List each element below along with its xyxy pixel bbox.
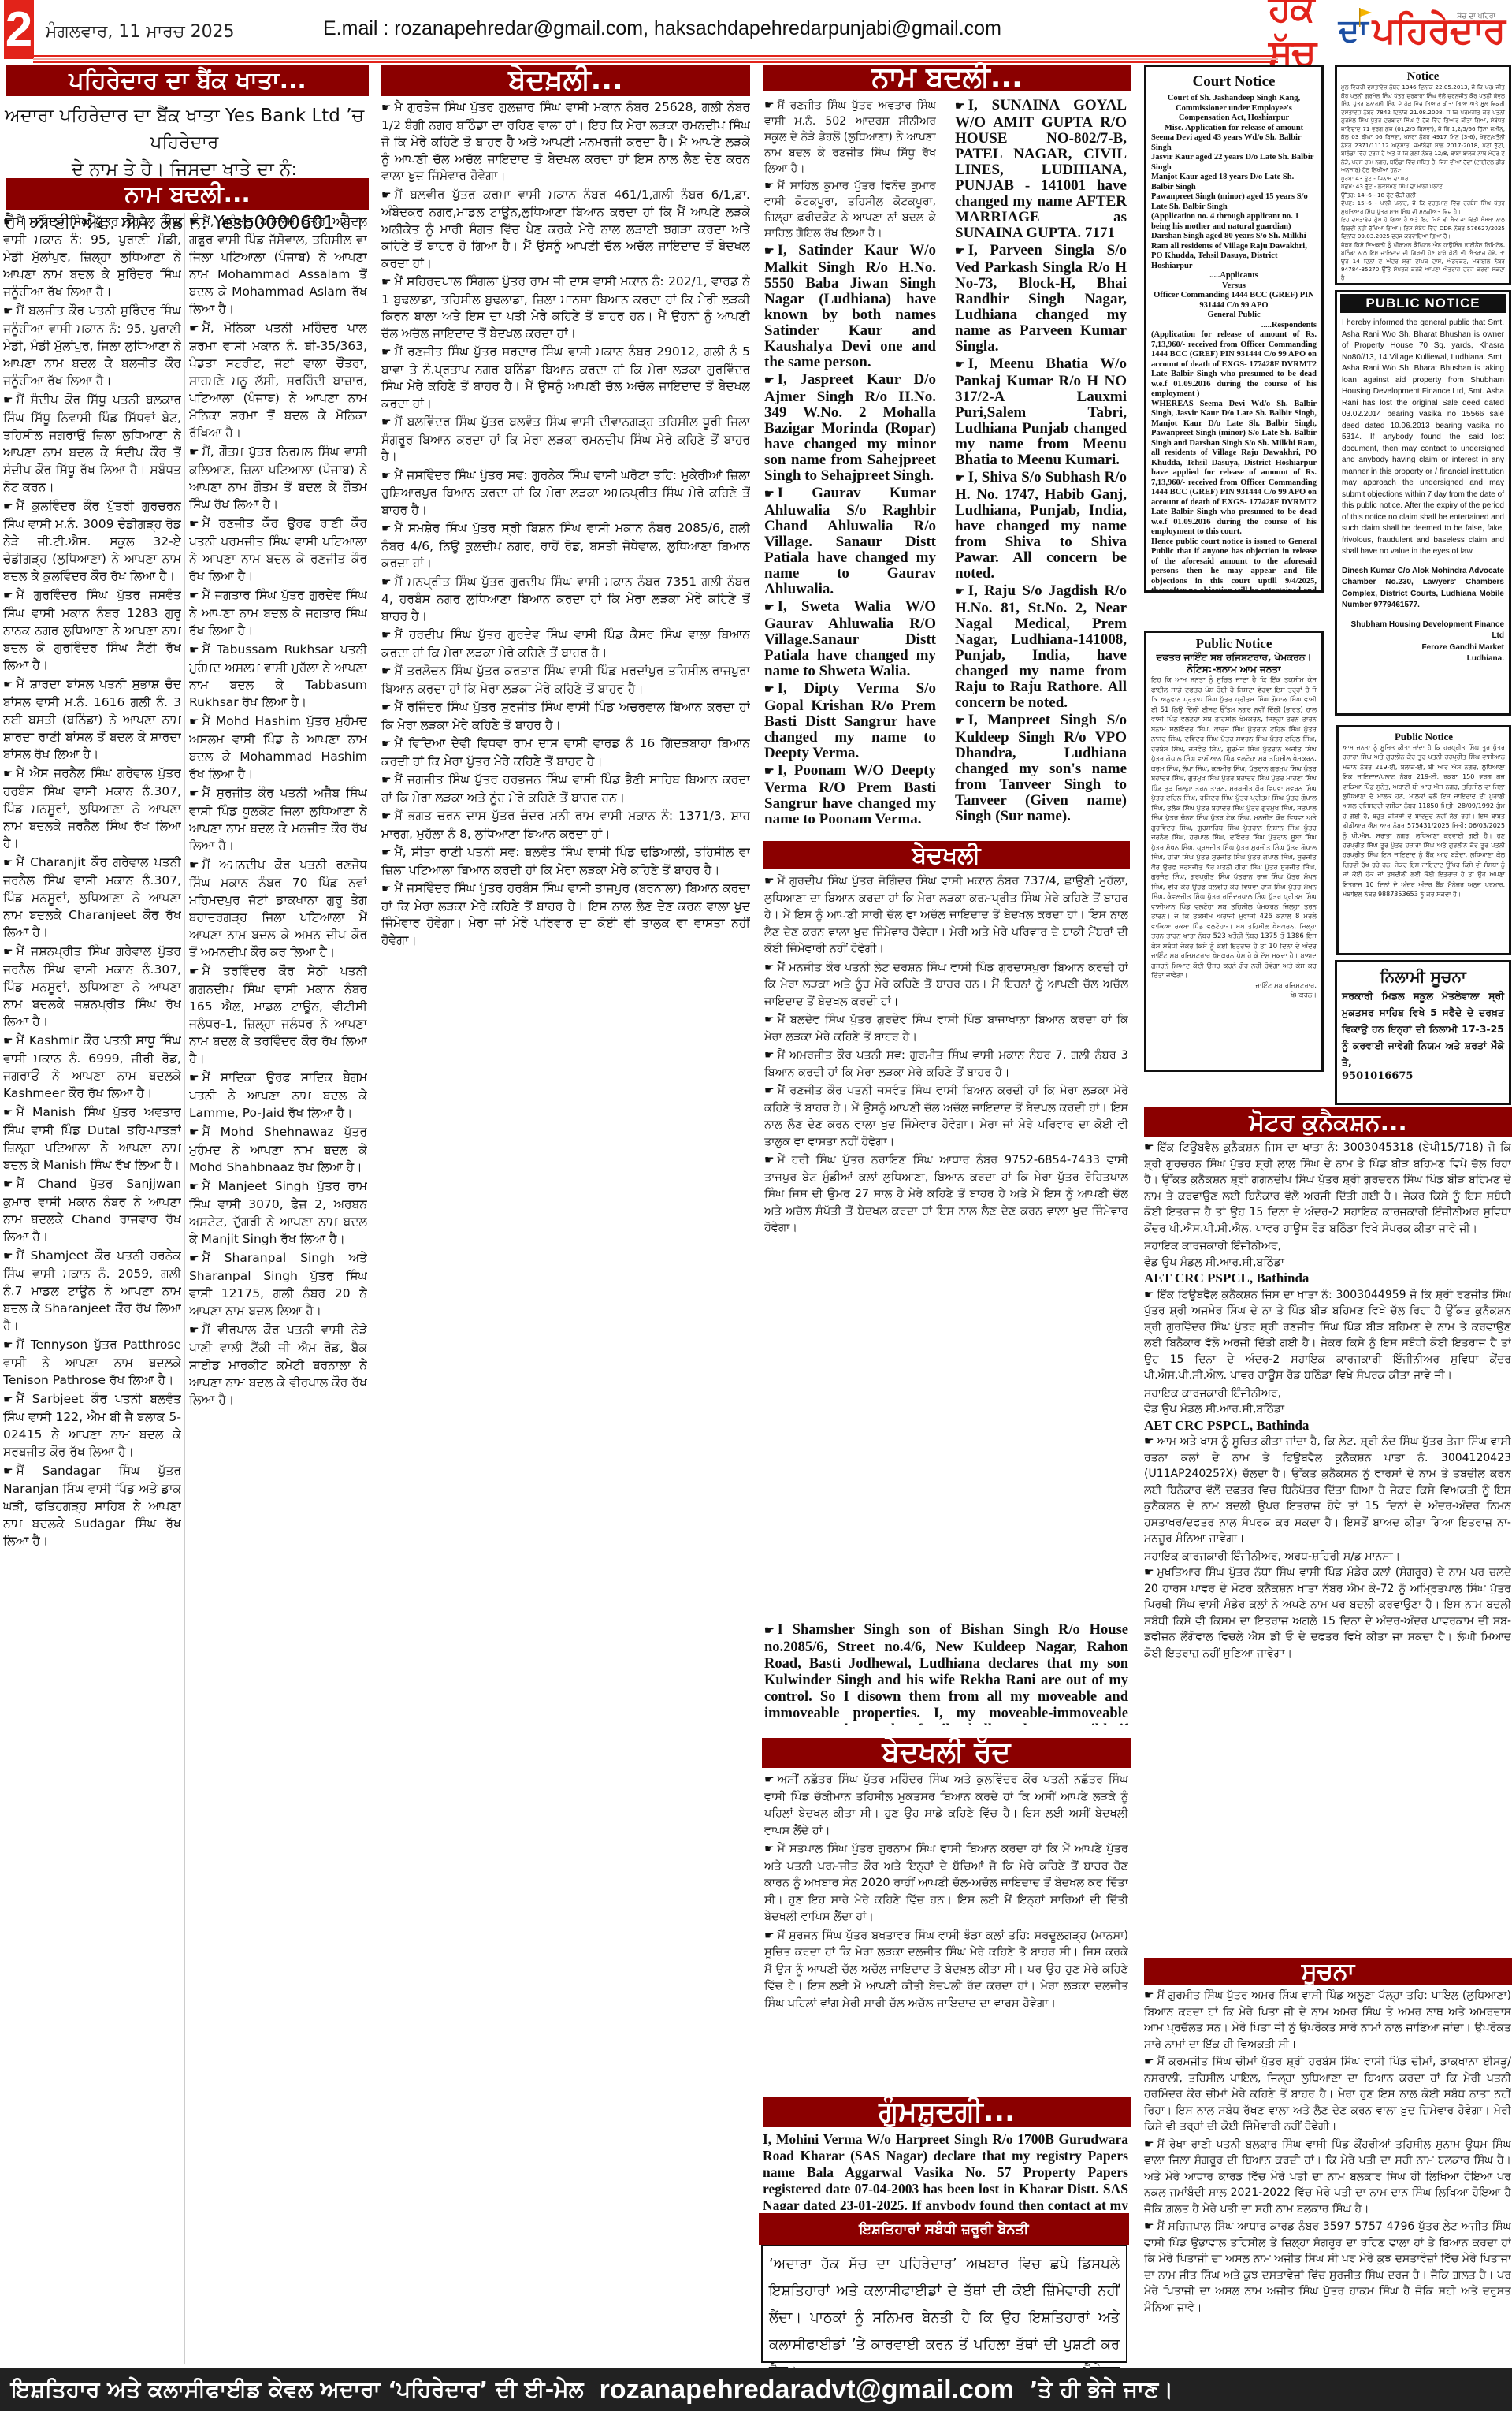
list-item: ☛ਮੈਂ ਅਮਰਜੀਤ ਕੌਰ ਪਤਨੀ ਸਵ: ਗੁਰਮੀਤ ਸਿੰਘ ਵਾਸ…	[764, 1047, 1128, 1081]
pointing-hand-icon: ☛	[3, 216, 13, 229]
pointing-hand-icon: ☛	[764, 489, 775, 500]
pointing-hand-icon: ☛	[381, 523, 392, 535]
pointing-hand-icon: ☛	[381, 102, 392, 114]
list-item: ☛I, Dipty Verma S/o Gopal Krishan R/o Pr…	[764, 681, 936, 761]
footer-tail: ’ਤੇ ਹੀ ਭੇਜੇ ਜਾਣ।	[1030, 2376, 1173, 2403]
pointing-hand-icon: ☛	[955, 586, 965, 598]
list-item: ☛ਮੈਂ ਮਨਜੀਤ ਕੌਰ ਪਤਨੀ ਲੇਟ ਦਰਸ਼ਨ ਸਿੰਘ ਵਾਸੀ …	[764, 960, 1128, 1011]
name-change-right-col-2: ☛I, SUNAINA GOYAL W/O AMIT GUPTA R/O HOU…	[955, 98, 1127, 823]
pointing-hand-icon: ☛	[189, 518, 199, 530]
pointing-hand-icon: ☛	[3, 1035, 13, 1047]
list-item: ☛ਮੈਂ Tennyson ਪੁੱਤਰ Patthrose ਵਾਸੀ ਨੇ ਆਪ…	[3, 1336, 181, 1389]
pointing-hand-icon: ☛	[381, 665, 392, 678]
court-notice-title: Court Notice	[1151, 73, 1317, 91]
pointing-hand-icon: ☛	[189, 1181, 199, 1193]
list-item: ☛ਆਮ ਅਤੇ ਖਾਸ ਨੂੰ ਸੂਚਿਤ ਕੀਤਾ ਜਾਂਦਾ ਹੈ, ਕਿ …	[1144, 1434, 1511, 1547]
disclaimer-text: ‘ਅਦਾਰਾ ਹੱਕ ਸੱਚ ਦਾ ਪਹਿਰੇਦਾਰ’ ਅਖ਼ਬਾਰ ਵਿਚ ਛ…	[769, 2256, 1120, 2379]
bank-account-heading: ਪਹਿਰੇਦਾਰ ਦਾ ਬੈਂਕ ਖਾਤਾ...	[6, 65, 369, 96]
pointing-hand-icon: ☛	[764, 1154, 775, 1166]
list-item: ☛ਮੈਂ ਬਲਵਿੰਦਰ ਸਿੰਘ ਪੁੱਤਰ ਬਲਵੰਤ ਸਿੰਘ ਵਾਸੀ …	[381, 414, 750, 466]
pointing-hand-icon: ☛	[955, 101, 965, 113]
list-item: ☛ਮੈਂ ਜਸ਼ਨਪ੍ਰੀਤ ਸਿੰਘ ਗਰੇਵਾਲ ਪੁੱਤਰ ਜਰਨੈਲ ਸ…	[3, 943, 181, 1030]
pointing-hand-icon: ☛	[381, 629, 392, 642]
pointing-hand-icon: ☛	[189, 590, 199, 602]
list-item: ☛ਮੈਂ Tabussam Rukhsar ਪਤਨੀ ਮੁਹੰਮਦ ਅਸਲਮ ਵ…	[189, 641, 367, 711]
pointing-hand-icon: ☛	[764, 1929, 775, 1942]
pointing-hand-icon: ☛	[189, 716, 199, 728]
list-item: ☛ਮੈਂ ਮਨਪ੍ਰੀਤ ਸਿੰਘ ਪੁੱਤਰ ਗੁਰਦੀਪ ਸਿੰਘ ਵਾਸੀ…	[381, 574, 750, 626]
list-item: ☛ਮੈਂ ਰੇਖਾ ਰਾਣੀ ਪਤਨੀ ਬਲਕਾਰ ਸਿੰਘ ਵਾਸੀ ਪਿੰਡ…	[1144, 2137, 1511, 2218]
issue-date: ਮੰਗਲਵਾਰ, 11 ਮਾਰਚ 2025	[46, 22, 235, 42]
pointing-hand-icon: ☛	[189, 446, 199, 459]
list-item: ☛ਮੈਂ ਰਜਿੰਦਰ ਸਿੰਘ ਪੁੱਤਰ ਸੁਰਜੀਤ ਸਿੰਘ ਵਾਸੀ …	[381, 699, 750, 734]
pointing-hand-icon: ☛	[764, 684, 775, 696]
pointing-hand-icon: ☛	[3, 500, 13, 513]
pointing-hand-icon: ☛	[189, 216, 199, 229]
pointing-hand-icon: ☛	[189, 1252, 199, 1265]
suchna-list: ☛ਮੈਂ ਗੁਰਮੀਤ ਸਿੰਘ ਪੁੱਤਰ ਅਮਰ ਸਿੰਘ ਵਾਸੀ ਪਿੰ…	[1144, 1988, 1511, 2364]
pointing-hand-icon: ☛	[381, 470, 392, 482]
pointing-hand-icon: ☛	[955, 359, 965, 371]
list-item: ☛ਮੈਂ Sharanpal Singh ਅਤੇ Sharanpal Singh…	[189, 1249, 367, 1319]
list-item: ☛ਮੈਂ ਐਸ ਜਰਨੈਲ ਸਿੰਘ ਗਰੇਵਾਲ ਪੁੱਤਰ ਹਰਬੰਸ ਸਿ…	[3, 765, 181, 852]
list-item: ☛ਮੈਂ Mohd Shehnawaz ਪੁੱਤਰ ਮੁਹੰਮਦ ਨੇ ਆਪਣਾ…	[189, 1123, 367, 1176]
list-item: ☛ਮੈਂ Shamjeet ਕੌਰ ਪਤਨੀ ਹਰਨੇਕ ਸਿੰਘ ਵਾਸੀ ਮ…	[3, 1247, 181, 1334]
pointing-hand-icon: ☛	[189, 644, 199, 657]
list-item: ☛ਮੈਂ ਰਣਜੀਤ ਕੌਰ ਉਰਫ ਰਾਣੀ ਕੌਰ ਪਤਨੀ ਪਰਮਜੀਤ …	[189, 515, 367, 585]
bedakhli-radd-heading: ਬੇਦਖਲੀ ਰੱਦ	[762, 1738, 1131, 1768]
motor-connection-heading: ਮੋਟਰ ਕੁਨੈਕਸ਼ਨ...	[1144, 1107, 1512, 1137]
list-item: ☛ਮੈਂ ਬਲਵੀਰ ਪੁੱਤਰ ਕਰਮਾ ਵਾਸੀ ਮਕਾਨ ਨੰਬਰ 461…	[381, 187, 750, 273]
pointing-hand-icon: ☛	[1144, 1989, 1154, 2002]
list-item: ☛ਮੈਂ, ਮੁਹੰਮਦ ਅਸਲਮ ਪੁੱਤਰ ਅਬਦਲ ਗਫੂਰ ਵਾਸੀ ਪ…	[189, 213, 367, 318]
list-item: ☛I, Poonam W/O Deepty Verma R/O Prem Bas…	[764, 763, 936, 823]
pointing-hand-icon: ☛	[3, 1250, 13, 1263]
pointing-hand-icon: ☛	[764, 1049, 775, 1062]
pointing-hand-icon: ☛	[764, 766, 775, 778]
list-item: ☛ਮੈਂ Mohd Hashim ਪੁੱਤਰ ਮੁਹੰਮਦ ਅਸਲਮ ਵਾਸੀ …	[189, 713, 367, 783]
list-item: ☛I, Meenu Bhatia W/o Pankaj Kumar R/o H …	[955, 356, 1127, 468]
pointing-hand-icon: ☛	[189, 1126, 199, 1139]
list-item: ☛I, SUNAINA GOYAL W/O AMIT GUPTA R/O HOU…	[955, 98, 1127, 241]
list-item: ☛ਮੈਂ ਬਲਜੀਤ ਕੌਰ ਪਤਨੀ ਸੁਰਿੰਦਰ ਸਿੰਘ ਜਨੂੰਹੀਆ…	[3, 302, 181, 389]
list-item: ☛ਮੈਂ ਸਹਿਜਪਾਲ ਸਿੰਘ ਆਧਾਰ ਕਾਰਡ ਨੰਬਰ 3597 57…	[1144, 2219, 1511, 2316]
pointing-hand-icon: ☛	[381, 416, 392, 429]
footer-lead: ਇਸ਼ਤਿਹਾਰ ਅਤੇ ਕਲਾਸੀਫਾਈਡ ਕੇਵਲ ਅਦਾਰਾ ‘ਪਹਿਰੇ…	[11, 2376, 584, 2403]
newspaper-logo[interactable]: ਹੱਕ ਸੱਚ ਦਾ ਪਹਿਰੇਦਾਰ ਸੱਚ ਦਾ ਪਹਿਰਾ	[1269, 6, 1505, 55]
logo-tagline: ਸੱਚ ਦਾ ਪਹਿਰਾ	[1457, 13, 1495, 20]
list-item: ☛ਅਸੀਂ ਨਛੱਤਰ ਸਿੰਘ ਪੁੱਤਰ ਮਹਿੰਦਰ ਸਿੰਘ ਅਤੇ ਕ…	[764, 1772, 1128, 1840]
list-item: ☛ਮੈਂ ਸਤਪਾਲ ਸਿੰਘ ਪੁੱਤਰ ਗੁਰਨਾਮ ਸਿੰਘ ਵਾਸੀ ਬ…	[764, 1841, 1128, 1926]
bedakhli-radd-list: ☛ਅਸੀਂ ਨਛੱਤਰ ਸਿੰਘ ਪੁੱਤਰ ਮਹਿੰਦਰ ਸਿੰਘ ਅਤੇ ਕ…	[764, 1772, 1128, 2095]
name-change-right-col-1: ☛ਮੈਂ ਰਣਜੀਤ ਸਿੰਘ ਪੁੱਤਰ ਅਵਤਾਰ ਸਿੰਘ ਵਾਸੀ ਮ.…	[764, 98, 936, 823]
pointing-hand-icon: ☛	[955, 473, 965, 485]
logo-part1: ਹੱਕ ਸੱਚ	[1269, 0, 1334, 75]
pointing-hand-icon: ☛	[189, 1072, 199, 1085]
list-item: ☛ਮੈਂ Manjeet Singh ਪੁੱਤਰ ਰਾਮ ਸਿੰਘ ਵਾਸੀ 3…	[189, 1178, 367, 1248]
list-item: ☛ਮੈਂ ਸਹਿਰਦਪਾਲ ਸਿੰਗਲਾ ਪੁੱਤਰ ਰਾਮ ਜੀ ਦਾਸ ਵਾ…	[381, 273, 750, 342]
pointing-hand-icon: ☛	[381, 701, 392, 714]
name-change-col-1: ☛ਮੈਂ ਸੁਰਿੰਦਰ ਸਿੰਘ ਪੁੱਤਰ ਕਰਨੈਲ ਸਿੰਘ ਵਾਸੀ …	[3, 213, 181, 2364]
list-item: ☛ਮੈ ਗੁਰਤੇਜ ਸਿੰਘ ਪੁੱਤਰ ਗੁਲਜ਼ਾਰ ਸਿੰਘ ਵਾਸੀ …	[381, 99, 750, 185]
header-rule	[33, 55, 1278, 63]
pointing-hand-icon: ☛	[381, 774, 392, 787]
list-item: ☛ਮੈਂ ਬਲਦੇਵ ਸਿੰਘ ਪੁੱਤਰ ਗੁਰਦੇਵ ਸਿੰਘ ਵਾਸੀ ਪ…	[764, 1012, 1128, 1046]
list-item: ☛I, Jaspreet Kaur D/o Ajmer Singh R/o H.…	[764, 372, 936, 484]
public-notice-en-box: PUBLIC NOTICE I hereby informed the gene…	[1335, 290, 1511, 716]
list-item: ☛I, Parveen Singla S/o Ved Parkash Singl…	[955, 243, 1127, 355]
list-item: ☛ਮੈਂ ਸੁਰਜਨ ਸਿੰਘ ਪੁੱਤਰ ਬਖਤਾਵਰ ਸਿੰਘ ਵਾਸੀ ਝ…	[764, 1928, 1128, 2013]
auction-notice-box: ਨਿਲਾਮੀ ਸੂਚਨਾ ਸਰਕਾਰੀ ਮਿਡਲ ਸਕੂਲ ਮੋਤਲੇਵਾਲਾ …	[1335, 960, 1511, 1105]
pointing-hand-icon: ☛	[189, 966, 199, 978]
masthead: 2 ਮੰਗਲਵਾਰ, 11 ਮਾਰਚ 2025 E.mail : rozanap…	[0, 0, 1512, 63]
pointing-hand-icon: ☛	[3, 1178, 13, 1191]
list-item: ☛ਮੈਂ ਵਿਦਿਆ ਦੇਵੀ ਵਿਧਵਾ ਰਾਮ ਦਾਸ ਵਾਸੀ ਵਾਰਡ …	[381, 735, 750, 770]
bedakhli-list-main: ☛ਮੈ ਗੁਰਤੇਜ ਸਿੰਘ ਪੁੱਤਰ ਗੁਲਜ਼ਾਰ ਸਿੰਘ ਵਾਸੀ …	[381, 99, 750, 2364]
pointing-hand-icon: ☛	[189, 859, 199, 872]
pointing-hand-icon: ☛	[3, 394, 13, 407]
list-item: ☛ਮੈਂ ਸੰਦੀਪ ਕੌਰ ਸਿੱਧੂ ਪਤਨੀ ਬਲਕਾਰ ਸਿੰਘ ਸਿੱ…	[3, 391, 181, 496]
motor-connection-list: ☛ਇੱਕ ਟਿਊਬਵੈਲ ਕੁਨੈਕਸ਼ਨ ਜਿਸ ਦਾ ਖਾਤਾ ਨੰ: 30…	[1144, 1140, 1511, 1959]
pointing-hand-icon: ☛	[764, 99, 775, 112]
pointing-hand-icon: ☛	[764, 1625, 775, 1637]
list-item: ☛ਮੈਂ Chand ਪੁੱਤਰ Sanjjwan ਕੁਮਾਰ ਵਾਸੀ ਮਕਾ…	[3, 1175, 181, 1245]
pointing-hand-icon: ☛	[764, 875, 775, 887]
public-notice-harpreet-title: Public Notice	[1343, 731, 1505, 743]
list-item: ☛ਮੈਂ ਹਰਦੀਪ ਸਿੰਘ ਪੁੱਤਰ ਗੁਰਦੇਵ ਸਿੰਘ ਵਾਸੀ ਪ…	[381, 627, 750, 661]
bedakhli-english-notice: ☛I Shamsher Singh son of Bishan Singh R/…	[764, 1622, 1128, 1725]
list-item: ☛ਇੱਕ ਟਿਊਬਵੈਲ ਕੁਨੈਕਸ਼ਨ ਜਿਸ ਦਾ ਖਾਤਾ ਨੰ: 30…	[1144, 1287, 1511, 1384]
list-item: ☛ਮੈਂ Manish ਸਿੰਘ ਪੁੱਤਰ ਅਵਤਾਰ ਸਿੰਘ ਵਾਸੀ ਪ…	[3, 1103, 181, 1174]
gumshudgi-heading: ਗੁੰਮਸ਼ੁਦਗੀ...	[763, 2097, 1131, 2127]
pointing-hand-icon: ☛	[3, 1465, 13, 1478]
pointing-hand-icon: ☛	[955, 246, 965, 258]
pointing-hand-icon: ☛	[381, 576, 392, 589]
list-item: ☛ਮੈਂ ਸਾਦਿਕਾ ਉਰਫ ਸਾਦਿਕ ਬੇਗਮ ਪਤਨੀ ਨੇ ਆਪਣਾ …	[189, 1069, 367, 1122]
pointing-hand-icon: ☛	[3, 590, 13, 602]
pointing-hand-icon: ☛	[3, 768, 13, 780]
pointing-hand-icon: ☛	[189, 1324, 199, 1337]
auction-notice-title: ਨਿਲਾਮੀ ਸੂਚਨਾ	[1342, 967, 1504, 986]
applicants-list: Seema Devi aged 43 years Wd/o Sh. Balbir…	[1151, 133, 1317, 271]
list-item: ☛ਮੈਂ ਕੁਲਵਿੰਦਰ ਕੌਰ ਪੁੱਤਰੀ ਗੁਰਚਰਨ ਸਿੰਘ ਵਾਸ…	[3, 497, 181, 585]
bedakhli-heading-main: ਬੇਦਖ਼ਲੀ...	[381, 65, 750, 96]
page-number: 2	[4, 0, 34, 59]
pointing-hand-icon: ☛	[1144, 2138, 1154, 2151]
pointing-hand-icon: ☛	[3, 857, 13, 869]
footer-banner: ਇਸ਼ਤਿਹਾਰ ਅਤੇ ਕਲਾਸੀਫਾਈਡ ਕੇਵਲ ਅਦਾਰਾ ‘ਪਹਿਰੇ…	[0, 2368, 1512, 2411]
public-notice-khemkaran-title: Public Notice	[1151, 636, 1317, 652]
pointing-hand-icon: ☛	[381, 346, 392, 359]
list-item: ☛ਇੱਕ ਟਿਊਬਵੈਲ ਕੁਨੈਕਸ਼ਨ ਜਿਸ ਦਾ ਖਾਤਾ ਨੰ: 30…	[1144, 1140, 1511, 1237]
pointing-hand-icon: ☛	[764, 375, 775, 387]
list-item: ☛ਮੈਂ ਕਰਮਜੀਤ ਸਿੰਘ ਚੀਮਾਂ ਪੁੱਤਰ ਸ਼੍ਰੀ ਹਰਬੰਸ…	[1144, 2054, 1511, 2135]
pointing-hand-icon: ☛	[3, 305, 13, 318]
list-item: ☛ਮੈਂ Sandagar ਸਿੰਘ ਪੁੱਤਰ Naranjan ਸਿੰਘ ਵ…	[3, 1462, 181, 1550]
pointing-hand-icon: ☛	[764, 246, 775, 258]
contact-email[interactable]: E.mail : rozanapehredar@gmail.com, haksa…	[323, 17, 1001, 40]
list-item: ☛ਮੈਂ, ਮੋਨਿਕਾ ਪਤਨੀ ਮਹਿੰਦਰ ਪਾਲ ਸ਼ਰਮਾ ਵਾਸੀ …	[189, 319, 367, 441]
list-item: ☛ਮੈਂ ਸਮਸ਼ੇਰ ਸਿੰਘ ਪੁੱਤਰ ਸ੍ਰੀ ਬਿਸ਼ਨ ਸਿੰਘ ਵ…	[381, 520, 750, 572]
pointing-hand-icon: ☛	[764, 1085, 775, 1097]
pointing-hand-icon: ☛	[381, 810, 392, 823]
pointing-hand-icon: ☛	[764, 1773, 775, 1786]
list-item: ☛ਮੈਂ ਰਣਜੀਤ ਕੌਰ ਪਤਨੀ ਜਸਵੰਤ ਸਿੰਘ ਵਾਸੀ ਬਿਆਨ…	[764, 1083, 1128, 1151]
pointing-hand-icon: ☛	[1144, 1566, 1154, 1579]
list-item: ☛I, Manpreet Singh S/o Kuldeep Singh R/o…	[955, 713, 1127, 823]
disclaimer-box: ‘ਅਦਾਰਾ ਹੱਕ ਸੱਚ ਦਾ ਪਹਿਰੇਦਾਰ’ ਅਖ਼ਬਾਰ ਵਿਚ ਛ…	[761, 2245, 1127, 2363]
pointing-hand-icon: ☛	[1144, 1141, 1154, 1154]
pointing-hand-icon: ☛	[764, 180, 775, 192]
pointing-hand-icon: ☛	[1144, 2220, 1154, 2233]
gumshudgi-notice: I, Mohini Verma W/o Harpreet Singh R/o 1…	[763, 2131, 1128, 2210]
pointing-hand-icon: ☛	[381, 883, 392, 895]
pointing-hand-icon: ☛	[764, 962, 775, 974]
list-item: ☛ਮੈਂ ਵੀਰਪਾਲ ਕੌਰ ਪਤਨੀ ਵਾਸੀ ਨੇੜੇ ਪਾਣੀ ਵਾਲੀ…	[189, 1321, 367, 1408]
pointing-hand-icon: ☛	[764, 602, 775, 614]
list-item: ☛ਮੈਂ Kashmir ਕੌਰ ਪਤਨੀ ਸਾਧੂ ਸਿੰਘ ਵਾਸੀ ਮਕਾ…	[3, 1032, 181, 1102]
list-item: ☛ਮੈਂ ਜਸਵਿੰਦਰ ਸਿੰਘ ਪੁੱਤਰ ਸਵ: ਗੁਰਨੇਕ ਸਿੰਘ …	[381, 467, 750, 519]
list-item: ☛I, Satinder Kaur W/o Malkit Singh R/o H…	[764, 243, 936, 370]
list-item: ☛ਮੈਂ ਜਗਜੀਤ ਸਿੰਘ ਪੁੱਤਰ ਹਰਭਜਨ ਸਿੰਘ ਵਾਸੀ ਪਿ…	[381, 772, 750, 806]
footer-email[interactable]: rozanapehredaradvt@gmail.com	[600, 2375, 1014, 2405]
public-notice-harpreet-box: Public Notice ਆਮ ਜਨਤਾ ਨੂੰ ਸੂਚਿਤ ਕੀਤਾ ਜਾਂ…	[1336, 725, 1511, 955]
court-notice-box: Court Notice Court of Sh. Jashandeep Sin…	[1144, 65, 1324, 593]
name-change-heading-right: ਨਾਮ ਬਦਲੀ...	[763, 65, 1131, 91]
list-item: ☛ਮੈਂ ਅਮਨਦੀਪ ਕੌਰ ਪਤਨੀ ਰਣਜੋਧ ਸਿੰਘ ਮਕਾਨ ਨੰਬ…	[189, 856, 367, 961]
column-divider	[184, 213, 185, 2364]
pointing-hand-icon: ☛	[381, 276, 392, 288]
pointing-hand-icon: ☛	[955, 716, 965, 727]
list-item: ☛ਮੈਂ, ਗੌਤਮ ਪੁੱਤਰ ਨਿਰਮਲ ਸਿੰਘ ਵਾਸੀ ਕਲਿਆਣ, …	[189, 443, 367, 513]
list-item: ☛I Gaurav Kumar Ahluwalia S/o Raghbir Ch…	[764, 486, 936, 597]
pointing-hand-icon: ☛	[381, 846, 392, 859]
list-item: ☛ਮੈਂ ਸੁਰਜੀਤ ਕੌਰ ਪਤਨੀ ਅਜੈਬ ਸਿੰਘ ਵਾਸੀ ਪਿੰਡ…	[189, 784, 367, 854]
pointing-hand-icon: ☛	[764, 1843, 775, 1855]
list-item: ☛ਮੈਂ, ਸੀਤਾ ਰਾਣੀ ਪਤਨੀ ਸਵ: ਬਲਵੰਤ ਸਿੰਘ ਵਾਸੀ…	[381, 844, 750, 879]
pointing-hand-icon: ☛	[381, 189, 392, 202]
bedakhli-list-right: ☛ਮੈਂ ਗੁਰਦੀਪ ਸਿੰਘ ਪੁੱਤਰ ਜੋਗਿੰਦਰ ਸਿੰਘ ਵਾਸੀ…	[764, 873, 1128, 1504]
list-item: ☛ਮੈਂ ਤਰਲੋਚਨ ਸਿੰਘ ਪੁੱਤਰ ਕਰਤਾਰ ਸਿੰਘ ਵਾਸੀ ਪ…	[381, 663, 750, 698]
list-item: ☛ਮੈਂ Sarbjeet ਕੌਰ ਪਤਨੀ ਬਲਵੰਤ ਸਿੰਘ ਵਾਸੀ 1…	[3, 1390, 181, 1460]
list-item: ☛I, Shiva S/o Subhash R/o H. No. 1747, H…	[955, 470, 1127, 582]
bank-line-1: ਅਦਾਰਾ ਪਹਿਰੇਦਾਰ ਦਾ ਬੈਂਕ ਖਾਤਾ Yes Bank Ltd…	[0, 102, 369, 156]
list-item: ☛ਮੈਂ ਰਣਜੀਤ ਸਿੰਘ ਪੁੱਤਰ ਸਰਦਾਰ ਸਿੰਘ ਵਾਸੀ ਮਕ…	[381, 344, 750, 412]
pointing-hand-icon: ☛	[381, 738, 392, 750]
list-item: ☛ਮੈਂ ਜਗਤਾਰ ਸਿੰਘ ਪੁੱਤਰ ਗੁਰਦੇਵ ਸਿੰਘ ਨੇ ਆਪਣ…	[189, 586, 367, 639]
khanda-flag-icon	[1358, 6, 1373, 27]
pointing-hand-icon: ☛	[3, 679, 13, 691]
public-notice-title: PUBLIC NOTICE	[1340, 294, 1506, 313]
bedakhli-heading-right: ਬੇਦਖਲੀ	[763, 841, 1130, 869]
pointing-hand-icon: ☛	[189, 322, 199, 335]
list-item: ☛ਮੈਂ ਗੁਰਦੀਪ ਸਿੰਘ ਪੁੱਤਰ ਜੋਗਿੰਦਰ ਸਿੰਘ ਵਾਸੀ…	[764, 873, 1128, 958]
list-item: ☛ਮੈਂ ਸਾਹਿਲ ਕੁਮਾਰ ਪੁੱਤਰ ਵਿਨੋਦ ਕੁਮਾਰ ਵਾਸੀ …	[764, 178, 936, 241]
list-item: ☛ਮੈਂ ਹਰੀ ਸਿੰਘ ਪੁੱਤਰ ਨਰਾਇਣ ਸਿੰਘ ਆਧਾਰ ਨੰਬਰ…	[764, 1152, 1128, 1237]
notice-punjabi-box: Notice ਮੂਲ ਵਿਕਰੀ ਦਸਤਾਵੇਜ਼ ਨੰਬਰ 1346 ਦਿਨਾ…	[1335, 65, 1511, 285]
list-item: ☛ਮੈਂ ਤਰਵਿੰਦਰ ਕੌਰ ਸੇਠੀ ਪਤਨੀ ਗਗਨਦੀਪ ਸਿੰਘ ਵ…	[189, 962, 367, 1067]
list-item: ☛ਮੈਂ ਰਣਜੀਤ ਸਿੰਘ ਪੁੱਤਰ ਅਵਤਾਰ ਸਿੰਘ ਵਾਸੀ ਮ.…	[764, 98, 936, 177]
pointing-hand-icon: ☛	[764, 1014, 775, 1026]
pointing-hand-icon: ☛	[3, 946, 13, 958]
public-notice-khemkaran-box: Public Notice ਦਫਤਰ ਜਾਇੰਟ ਸਬ ਰਜਿਸ਼ਟਰਾਰ, ਖ…	[1144, 631, 1324, 1072]
disclaimer-heading: ਇਸ਼ਤਿਹਾਰਾਂ ਸਬੰਧੀ ਜ਼ਰੂਰੀ ਬੇਨਤੀ	[759, 2213, 1129, 2245]
pointing-hand-icon: ☛	[3, 1393, 13, 1406]
pointing-hand-icon: ☛	[1144, 1435, 1154, 1448]
list-item: ☛ਮੈਂ ਜਸਵਿੰਦਰ ਸਿੰਘ ਪੁੱਤਰ ਹਰਬੰਸ ਸਿੰਘ ਵਾਸੀ …	[381, 880, 750, 949]
pointing-hand-icon: ☛	[3, 1107, 13, 1119]
notice-title: Notice	[1341, 70, 1505, 84]
list-item: ☛ਮੈਂ ਸੁਰਿੰਦਰ ਸਿੰਘ ਪੁੱਤਰ ਕਰਨੈਲ ਸਿੰਘ ਵਾਸੀ …	[3, 213, 181, 300]
list-item: ☛I, Sweta Walia W/O Gaurav Ahluwalia R/O…	[764, 599, 936, 679]
list-item: ☛ਮੈਂ Charanjit ਕੌਰ ਗਰੇਵਾਲ ਪਤਨੀ ਜਰਨੈਲ ਸਿੰ…	[3, 854, 181, 941]
pointing-hand-icon: ☛	[189, 787, 199, 800]
list-item: ☛I Shamsher Singh son of Bishan Singh R/…	[764, 1622, 1128, 1725]
list-item: ☛ਮੈਂ ਗੁਰਮੀਤ ਸਿੰਘ ਪੁੱਤਰ ਅਮਰ ਸਿੰਘ ਵਾਸੀ ਪਿੰ…	[1144, 1988, 1511, 2052]
pointing-hand-icon: ☛	[1144, 2056, 1154, 2068]
list-item: ☛ਮੁਖਤਿਆਰ ਸਿੰਘ ਪੁੱਤਰ ਨੱਥਾ ਸਿੰਘ ਵਾਸੀ ਪਿੰਡ …	[1144, 1565, 1511, 1661]
list-item: ☛ਮੈਂ ਭਗਤ ਚਰਨ ਦਾਸ ਪੁੱਤਰ ਚੰਦਰ ਮਨੀ ਰਾਮ ਵਾਸੀ…	[381, 808, 750, 843]
pointing-hand-icon: ☛	[1144, 1289, 1154, 1301]
list-item: ☛I, Raju S/o Jagdish R/o H.No. 81, St.No…	[955, 583, 1127, 711]
list-item: ☛ਮੈਂ ਗੁਰਵਿੰਦਰ ਸਿੰਘ ਪੁੱਤਰ ਜਸਵੰਤ ਸਿੰਘ ਵਾਸੀ…	[3, 586, 181, 674]
name-change-heading-left: ਨਾਮ ਬਦਲੀ...	[6, 178, 369, 210]
suchna-heading: ਸੂਚਨਾ	[1144, 1958, 1512, 1985]
list-item: ☛ਮੈਂ ਸ਼ਾਰਦਾ ਬਾਂਸਲ ਪਤਨੀ ਸੁਭਾਸ਼ ਚੰਦ ਬਾਂਸਲ …	[3, 675, 181, 763]
pointing-hand-icon: ☛	[3, 1339, 13, 1352]
name-change-col-2: ☛ਮੈਂ, ਮੁਹੰਮਦ ਅਸਲਮ ਪੁੱਤਰ ਅਬਦਲ ਗਫੂਰ ਵਾਸੀ ਪ…	[189, 213, 367, 2364]
